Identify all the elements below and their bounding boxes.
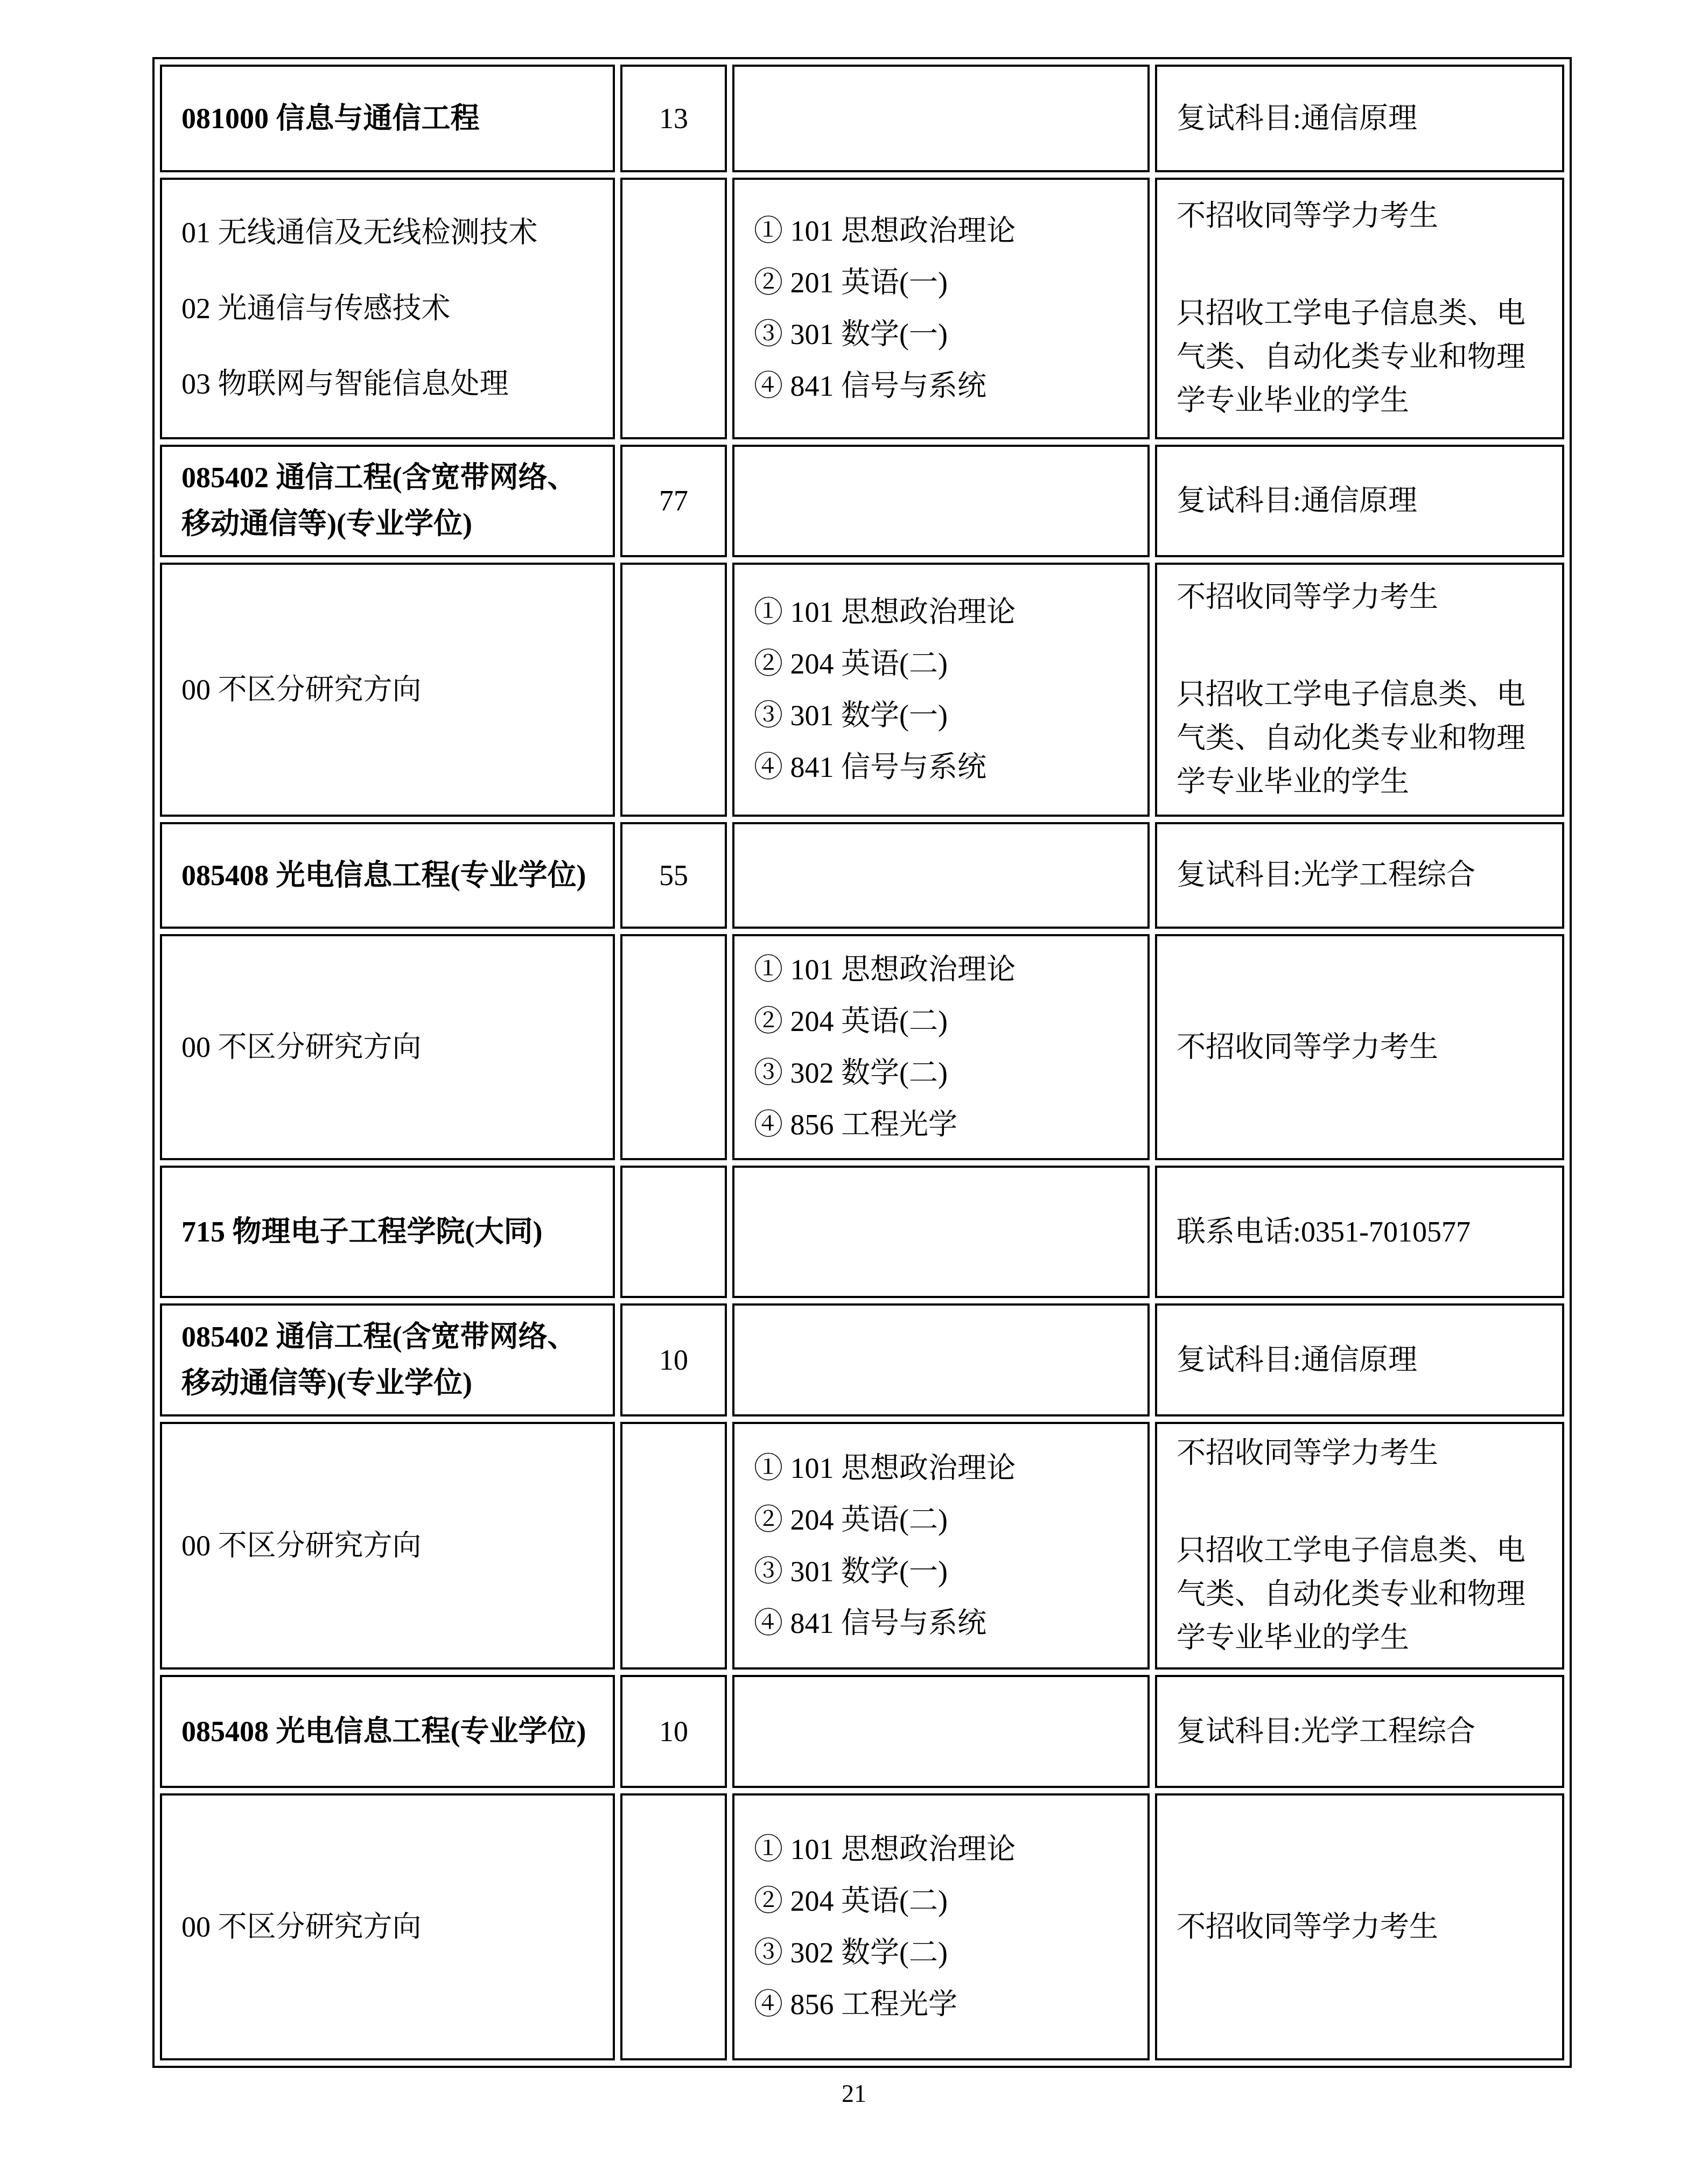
quota-cell [620,934,727,1160]
college-row: 715 物理电子工程学院(大同) 联系电话:0351-7010577 [160,1166,1564,1298]
remarks-cell: 不招收同等学力考生只招收工学电子信息类、电气类、自动化类专业和物理学专业毕业的学… [1155,563,1564,817]
quota-cell [620,1166,727,1298]
program-name-cell: 085408 光电信息工程(专业学位) [160,822,615,929]
remarks-cell: 不招收同等学力考生 [1155,934,1564,1160]
research-directions-cell: 00 不区分研究方向 [160,563,615,817]
remarks-cell: 联系电话:0351-7010577 [1155,1166,1564,1298]
direction-row: 00 不区分研究方向 ① 101 思想政治理论② 204 英语(二)③ 301 … [160,563,1564,817]
exam-subjects-cell: ① 101 思想政治理论② 204 英语(二)③ 302 数学(二)④ 856 … [732,1793,1150,2060]
direction-row: 00 不区分研究方向 ① 101 思想政治理论② 204 英语(二)③ 302 … [160,1793,1564,2060]
admissions-table: 081000 信息与通信工程 13 复试科目:通信原理 01 无线通信及无线检测… [152,57,1572,2068]
exam-subjects-cell: ① 101 思想政治理论② 204 英语(二)③ 301 数学(一)④ 841 … [732,563,1150,817]
exam-subjects-cell [732,1303,1150,1416]
exam-subjects-cell [732,822,1150,929]
research-directions-cell: 01 无线通信及无线检测技术02 光通信与传感技术03 物联网与智能信息处理 [160,178,615,439]
program-name-cell: 081000 信息与通信工程 [160,65,615,172]
program-row: 085408 光电信息工程(专业学位) 10 复试科目:光学工程综合 [160,1675,1564,1788]
quota-cell [620,178,727,439]
quota-cell [620,563,727,817]
remarks-cell: 不招收同等学力考生只招收工学电子信息类、电气类、自动化类专业和物理学专业毕业的学… [1155,178,1564,439]
exam-subjects-cell: ① 101 思想政治理论② 201 英语(一)③ 301 数学(一)④ 841 … [732,178,1150,439]
program-name: 085408 光电信息工程(专业学位) [181,852,593,899]
program-name: 085402 通信工程(含宽带网络、移动通信等)(专业学位) [181,1314,593,1407]
program-row: 081000 信息与通信工程 13 复试科目:通信原理 [160,65,1564,172]
remarks-cell: 不招收同等学力考生只招收工学电子信息类、电气类、自动化类专业和物理学专业毕业的学… [1155,1422,1564,1670]
quota-cell [620,1422,727,1670]
quota-cell: 55 [620,822,727,929]
quota-cell: 10 [620,1303,727,1416]
program-name-cell: 085408 光电信息工程(专业学位) [160,1675,615,1788]
program-name: 081000 信息与通信工程 [181,95,593,142]
program-row: 085402 通信工程(含宽带网络、移动通信等)(专业学位) 10 复试科目:通… [160,1303,1564,1416]
exam-subjects-cell: ① 101 思想政治理论② 204 英语(二)③ 302 数学(二)④ 856 … [732,934,1150,1160]
college-name: 715 物理电子工程学院(大同) [181,1209,593,1255]
program-name: 085408 光电信息工程(专业学位) [181,1708,593,1755]
college-name-cell: 715 物理电子工程学院(大同) [160,1166,615,1298]
direction-row: 01 无线通信及无线检测技术02 光通信与传感技术03 物联网与智能信息处理 ①… [160,178,1564,439]
research-directions-cell: 00 不区分研究方向 [160,1422,615,1670]
direction-row: 00 不区分研究方向 ① 101 思想政治理论② 204 英语(二)③ 301 … [160,1422,1564,1670]
program-name: 085402 通信工程(含宽带网络、移动通信等)(专业学位) [181,454,593,548]
program-row: 085408 光电信息工程(专业学位) 55 复试科目:光学工程综合 [160,822,1564,929]
remarks-cell: 复试科目:通信原理 [1155,1303,1564,1416]
exam-subjects-cell [732,65,1150,172]
program-name-cell: 085402 通信工程(含宽带网络、移动通信等)(专业学位) [160,445,615,557]
quota-cell [620,1793,727,2060]
exam-subjects-cell [732,1166,1150,1298]
remarks-cell: 复试科目:通信原理 [1155,65,1564,172]
exam-subjects-cell [732,445,1150,557]
research-directions-cell: 00 不区分研究方向 [160,1793,615,2060]
direction-row: 00 不区分研究方向 ① 101 思想政治理论② 204 英语(二)③ 302 … [160,934,1564,1160]
program-name-cell: 085402 通信工程(含宽带网络、移动通信等)(专业学位) [160,1303,615,1416]
document-page: 081000 信息与通信工程 13 复试科目:通信原理 01 无线通信及无线检测… [0,0,1708,2160]
quota-cell: 77 [620,445,727,557]
quota-cell: 10 [620,1675,727,1788]
exam-subjects-cell [732,1675,1150,1788]
exam-subjects-cell: ① 101 思想政治理论② 204 英语(二)③ 301 数学(一)④ 841 … [732,1422,1150,1670]
remarks-cell: 复试科目:光学工程综合 [1155,1675,1564,1788]
research-directions-cell: 00 不区分研究方向 [160,934,615,1160]
page-number: 21 [0,2079,1708,2108]
remarks-cell: 复试科目:光学工程综合 [1155,822,1564,929]
quota-cell: 13 [620,65,727,172]
remarks-cell: 复试科目:通信原理 [1155,445,1564,557]
remarks-cell: 不招收同等学力考生 [1155,1793,1564,2060]
program-row: 085402 通信工程(含宽带网络、移动通信等)(专业学位) 77 复试科目:通… [160,445,1564,557]
